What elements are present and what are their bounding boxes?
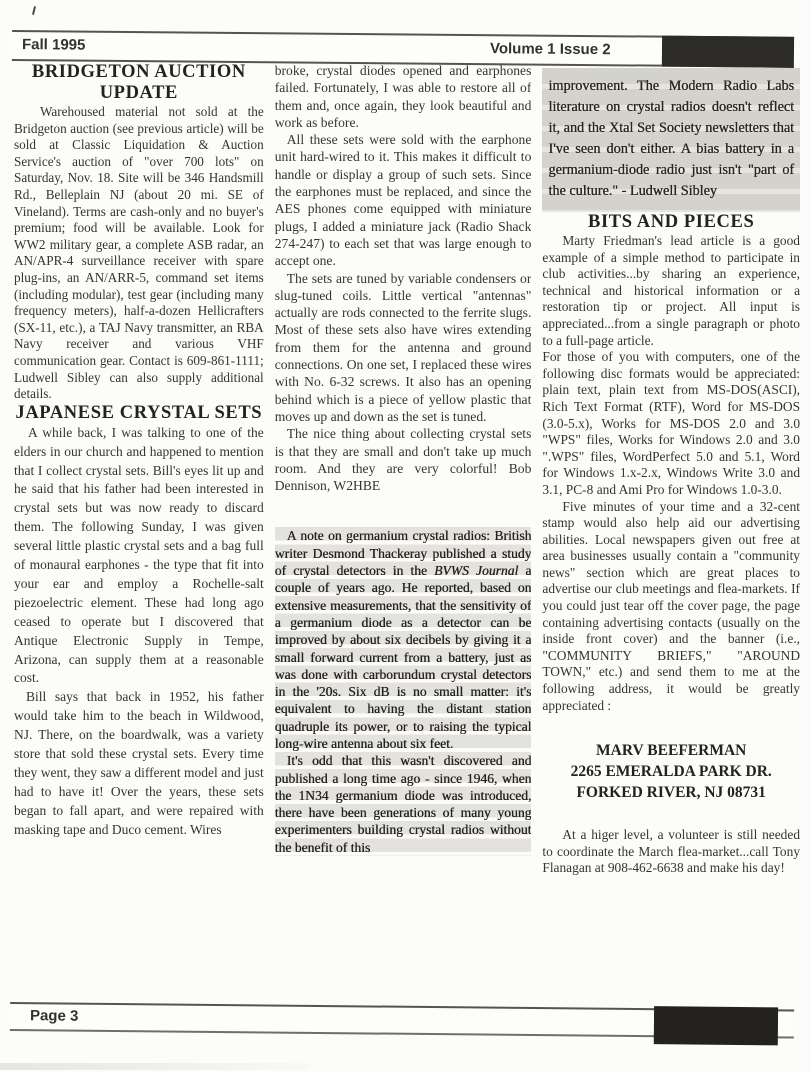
page-footer: Page 3 (10, 1002, 794, 1039)
address-street: 2265 EMERALDA PARK DR. (542, 761, 800, 782)
highlighted-continuation-block: improvement. The Modern Radio Labs liter… (542, 68, 800, 212)
newsletter-page: Fall 1995 Volume 1 Issue 2 BRIDGETON AUC… (0, 0, 811, 1072)
paragraph-sets-continuation: broke, crystal diodes opened and earphon… (275, 62, 532, 131)
journal-name-italic: BVWS Journal (434, 563, 518, 578)
issue-date-label: Fall 1995 (22, 36, 86, 54)
mailing-address-block: MARV BEEFERMAN 2265 EMERALDA PARK DR. FO… (542, 740, 800, 803)
paragraph-bits-1: Marty Friedman's lead article is a good … (542, 233, 800, 349)
scan-artifact-mark (32, 6, 36, 15)
article-title-bridgeton-auction-update: BRIDGETON AUCTION UPDATE (14, 62, 264, 104)
volume-issue-label: Volume 1 Issue 2 (490, 40, 611, 58)
note-text-rest: a couple of years ago. He reported, base… (275, 563, 532, 751)
paragraph-earphone-jack: All these sets were sold with the earpho… (275, 131, 532, 269)
column-middle: broke, crystal diodes opened and earphon… (275, 62, 532, 1002)
germanium-note-block: A note on germanium crystal radios: Brit… (275, 527, 532, 856)
paragraph-advertising: Five minutes of your time and a 32-cent … (542, 499, 800, 715)
paragraph-germanium-note: A note on germanium crystal radios: Brit… (275, 527, 532, 752)
paragraph-volunteer: At a higer level, a volunteer is still n… (542, 827, 800, 877)
address-name: MARV BEEFERMAN (542, 740, 800, 761)
paragraph-japanese-2: Bill says that back in 1952, his father … (14, 688, 264, 839)
scan-edge-strip (0, 1063, 310, 1070)
paragraph-tuning: The sets are tuned by variable condenser… (275, 270, 532, 426)
paragraph-disc-formats: For those of you with computers, one of … (542, 349, 800, 498)
paragraph-bridgeton-1: Warehoused material not sold at the Brid… (14, 104, 264, 403)
article-title-bits-and-pieces: BITS AND PIECES (542, 212, 800, 233)
column-left: BRIDGETON AUCTION UPDATE Warehoused mate… (14, 62, 264, 1002)
main-content: BRIDGETON AUCTION UPDATE Warehoused mate… (14, 62, 800, 1002)
paragraph-germanium-note-2: It's odd that this wasn't discovered and… (275, 752, 532, 856)
paragraph-collecting-signoff: The nice thing about collecting crystal … (275, 425, 532, 494)
paragraph-japanese-1: A while back, I was talking to one of th… (14, 424, 264, 689)
page-number-label: Page 3 (30, 1007, 79, 1024)
footer-ink-block (654, 1006, 778, 1045)
column-right: improvement. The Modern Radio Labs liter… (542, 62, 800, 1002)
article-title-japanese-crystal-sets: JAPANESE CRYSTAL SETS (14, 403, 264, 424)
address-city-state-zip: FORKED RIVER, NJ 08731 (542, 782, 800, 803)
